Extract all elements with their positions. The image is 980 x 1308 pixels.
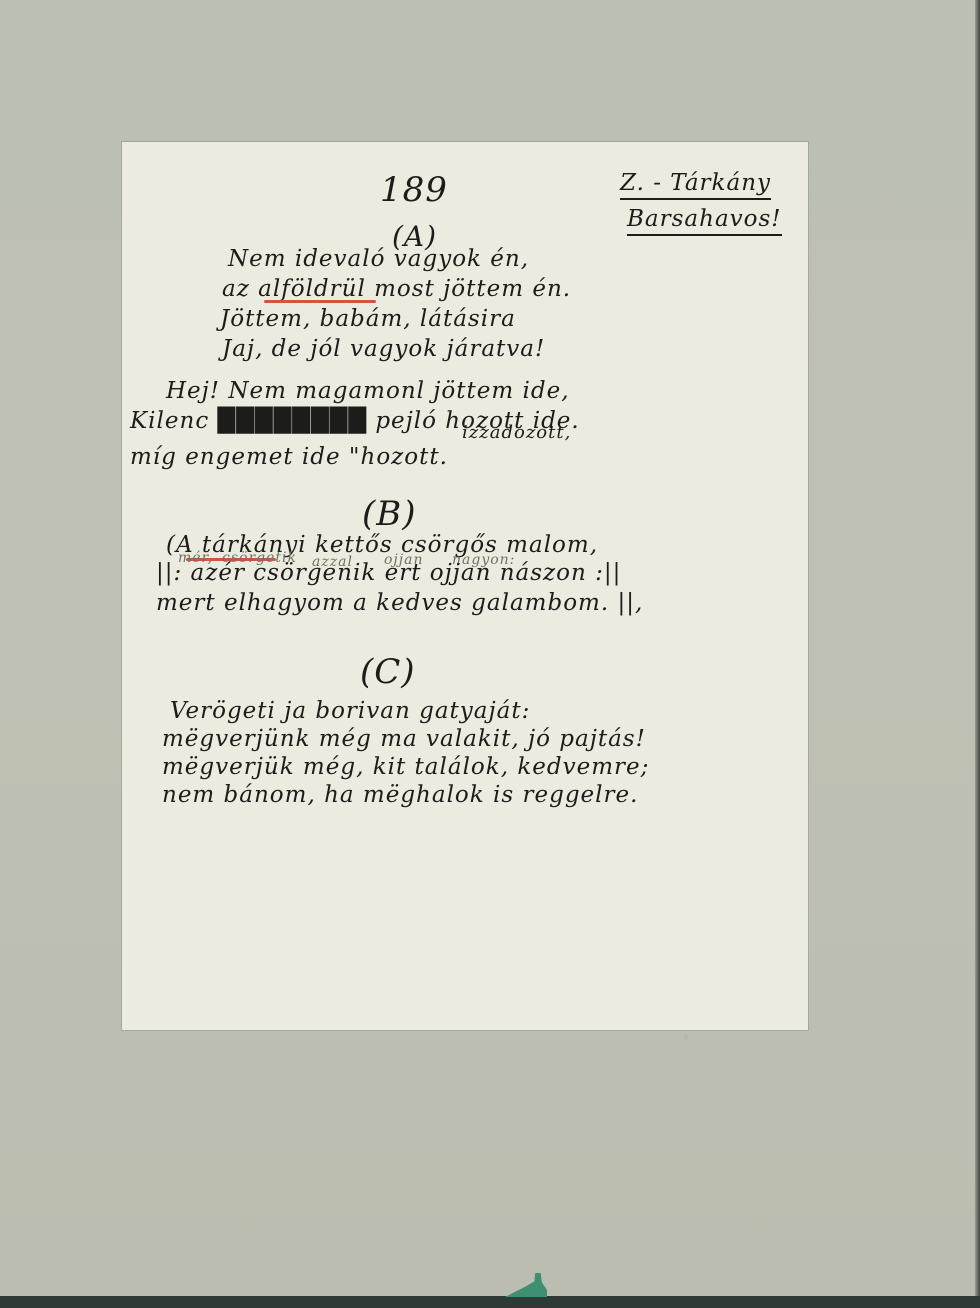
section-b-line-3: mert elhagyom a kedves galambom. ||, bbox=[156, 590, 643, 616]
section-c-label: (C) bbox=[360, 652, 416, 692]
manuscript-page: 189 Z. - Tárkány Barsahavos! (A) Nem ide… bbox=[122, 142, 808, 1030]
location-county: Barsahavos! bbox=[627, 206, 782, 236]
location-label-line1: Z. - Tárkány bbox=[620, 170, 771, 196]
section-a-line-8-interlinear: izzadozott, bbox=[462, 422, 571, 443]
location-place: Z. - Tárkány bbox=[620, 170, 771, 200]
section-c-line-4: nem bánom, ha mëghalok is reggelre. bbox=[162, 782, 638, 808]
scan-bottom-band bbox=[0, 1296, 980, 1308]
section-a-line-4: Jaj, de jól vagyok járatva! bbox=[222, 336, 545, 362]
location-label-line2: Barsahavos! bbox=[627, 206, 782, 232]
section-b-line-2: ||: azér csörgenik ert ojjan nászon :|| bbox=[156, 560, 621, 586]
section-c-line-2: mëgverjünk még ma valakit, jó pajtás! bbox=[162, 726, 646, 752]
section-a-line-2: az alföldrül most jöttem én. bbox=[222, 276, 571, 302]
section-c-line-1: Verögeti ja borivan gatyaját: bbox=[170, 698, 530, 724]
page-number: 189 bbox=[380, 170, 448, 210]
section-b-label: (B) bbox=[362, 494, 417, 534]
red-underline-alfoldrul bbox=[264, 300, 376, 303]
section-c-line-3: mëgverjük még, kit találok, kedvemre; bbox=[162, 754, 649, 780]
section-a-line-7: míg engemet ide "hozott. bbox=[130, 444, 448, 470]
section-a-line-3: Jöttem, babám, látásira bbox=[220, 306, 516, 332]
mount-edge-shadow bbox=[975, 0, 980, 1296]
section-a-line-1: Nem idevaló vagyok én, bbox=[228, 246, 529, 272]
section-a-line-5: Hej! Nem magamonl jöttem ide, bbox=[166, 378, 570, 404]
